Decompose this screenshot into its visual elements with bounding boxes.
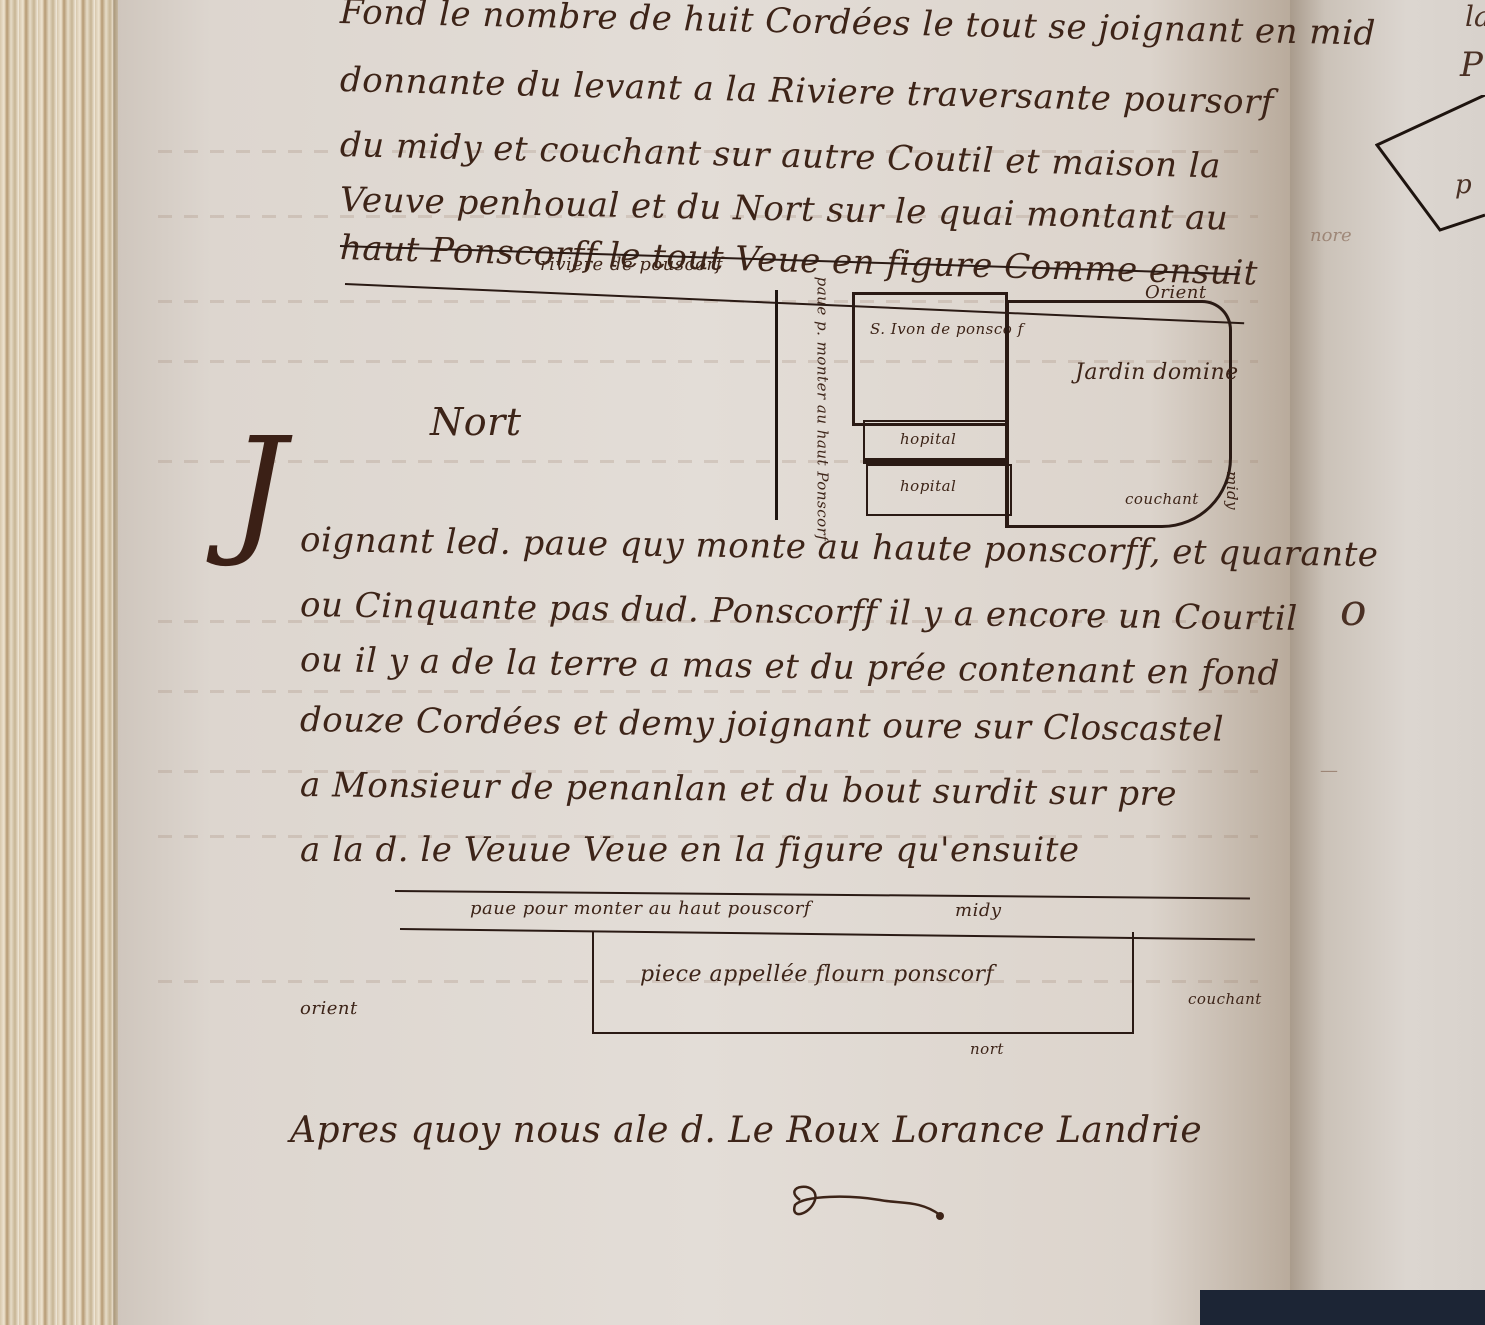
orient-label: orient [300,998,358,1019]
midy-label: midy [1223,471,1241,510]
facing-fragment: p [1455,170,1472,200]
facing-fragment: nore [1310,225,1352,246]
facing-fragment: P [1460,45,1483,85]
road-label: paue pour monter au haut pouscorf [470,898,811,919]
building-label: S. Ivon de ponsco f [870,320,1024,338]
parcel-label: piece appellée flourn ponscorf [640,962,994,987]
drop-cap: J [230,420,286,560]
text-line: a la d. le Veuue Veue en la figure qu'en… [300,830,1079,870]
facing-fragment: o [1340,585,1367,636]
compass-north-label: Nort [430,400,522,444]
couchant-label: couchant [1125,490,1199,508]
road-label: paue p. monter au haut Ponscorf [813,277,831,542]
nort-label: nort [970,1040,1004,1058]
table-surface [1200,1290,1485,1325]
hospital-label: hopital [900,477,956,495]
river-label: riviere de pouscorf [540,254,723,275]
building-saint-ivon [852,292,1008,426]
midy-label: midy [955,900,1002,921]
facing-sketch-outline [1375,95,1485,235]
couchant-label: couchant [1188,990,1262,1008]
garden-label: Jardin domine [1075,360,1239,385]
facing-fragment: la [1465,0,1485,33]
closing-line: Apres quoy nous ale d. Le Roux Lorance L… [290,1110,1202,1151]
facing-ghost-line: — [1320,760,1338,781]
flourish-paraphe-icon [770,1180,950,1230]
road-line [775,290,778,520]
hospital-label: hopital [900,430,956,448]
book-page-edge [0,0,125,1325]
